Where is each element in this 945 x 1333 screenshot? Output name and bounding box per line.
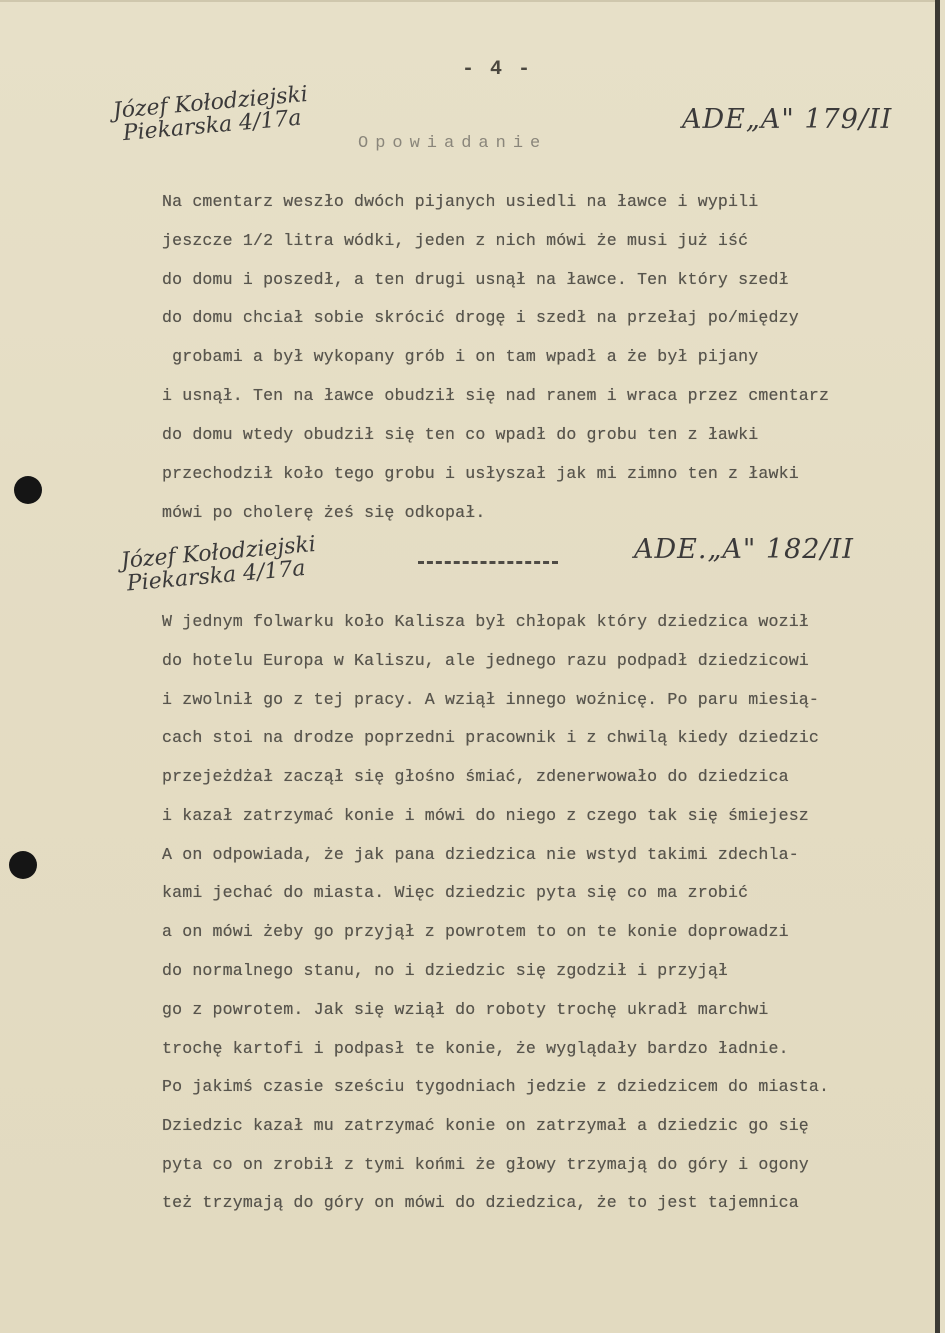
text-line: grobami a był wykopany grób i on tam wpa… xyxy=(162,347,758,366)
text-line: do domu chciał sobie skrócić drogę i sze… xyxy=(162,308,799,327)
section-divider xyxy=(418,561,558,564)
text-line: W jednym folwarku koło Kalisza był chłop… xyxy=(162,612,809,631)
author-note-1: Józef Kołodziejski Piekarska 4/17a xyxy=(112,83,311,146)
text-line: pyta co on zrobił z tymi końmi że głowy … xyxy=(162,1155,809,1174)
text-line: go z powrotem. Jak się wziął do roboty t… xyxy=(162,1000,768,1019)
punch-hole-upper xyxy=(14,476,42,504)
text-line: do domu wtedy obudził się ten co wpadł d… xyxy=(162,425,758,444)
text-line: cach stoi na drodze poprzedni pracownik … xyxy=(162,728,819,747)
page-number: - 4 - xyxy=(462,58,532,81)
page-top-edge xyxy=(0,0,940,2)
text-line: i zwolnił go z tej pracy. A wziął innego… xyxy=(162,690,819,709)
text-line: i kazał zatrzymać konie i mówi do niego … xyxy=(162,806,809,825)
text-line: przejeżdżał zaczął się głośno śmiać, zde… xyxy=(162,767,789,786)
text-line: Po jakimś czasie sześciu tygodniach jedz… xyxy=(162,1077,829,1096)
text-line: też trzymają do góry on mówi do dziedzic… xyxy=(162,1193,799,1212)
page-right-edge xyxy=(935,0,940,1333)
author-note-2: Józef Kołodziejski Piekarska 4/17a xyxy=(120,533,319,596)
text-line: a on mówi żeby go przyjął z powrotem to … xyxy=(162,922,789,941)
text-line: Na cmentarz weszło dwóch pijanych usiedl… xyxy=(162,192,758,211)
text-line: A on odpowiada, że jak pana dziedzica ni… xyxy=(162,845,799,864)
text-line: trochę kartofi i podpasł te konie, że wy… xyxy=(162,1039,789,1058)
text-line: do hotelu Europa w Kaliszu, ale jednego … xyxy=(162,651,809,670)
text-line: do domu i poszedł, a ten drugi usnął na … xyxy=(162,270,789,289)
text-line: mówi po cholerę żeś się odkopał. xyxy=(162,503,485,522)
text-line: do normalnego stanu, no i dziedzic się z… xyxy=(162,961,728,980)
punch-hole-lower xyxy=(9,851,37,879)
document-title: Opowiadanie xyxy=(358,134,547,153)
text-line: jeszcze 1/2 litra wódki, jeden z nich mó… xyxy=(162,231,748,250)
archive-signature-2: ADE.„A" 182/II xyxy=(634,536,854,564)
document-page: - 4 - Józef Kołodziejski Piekarska 4/17a… xyxy=(0,0,940,1333)
text-line: przechodził koło tego grobu i usłyszał j… xyxy=(162,464,799,483)
archive-signature-1: ADE„A" 179/II xyxy=(682,106,892,134)
text-line: Dziedzic kazał mu zatrzymać konie on zat… xyxy=(162,1116,809,1135)
text-line: i usnął. Ten na ławce obudził się nad ra… xyxy=(162,386,829,405)
text-line: kami jechać do miasta. Więc dziedzic pyt… xyxy=(162,883,748,902)
